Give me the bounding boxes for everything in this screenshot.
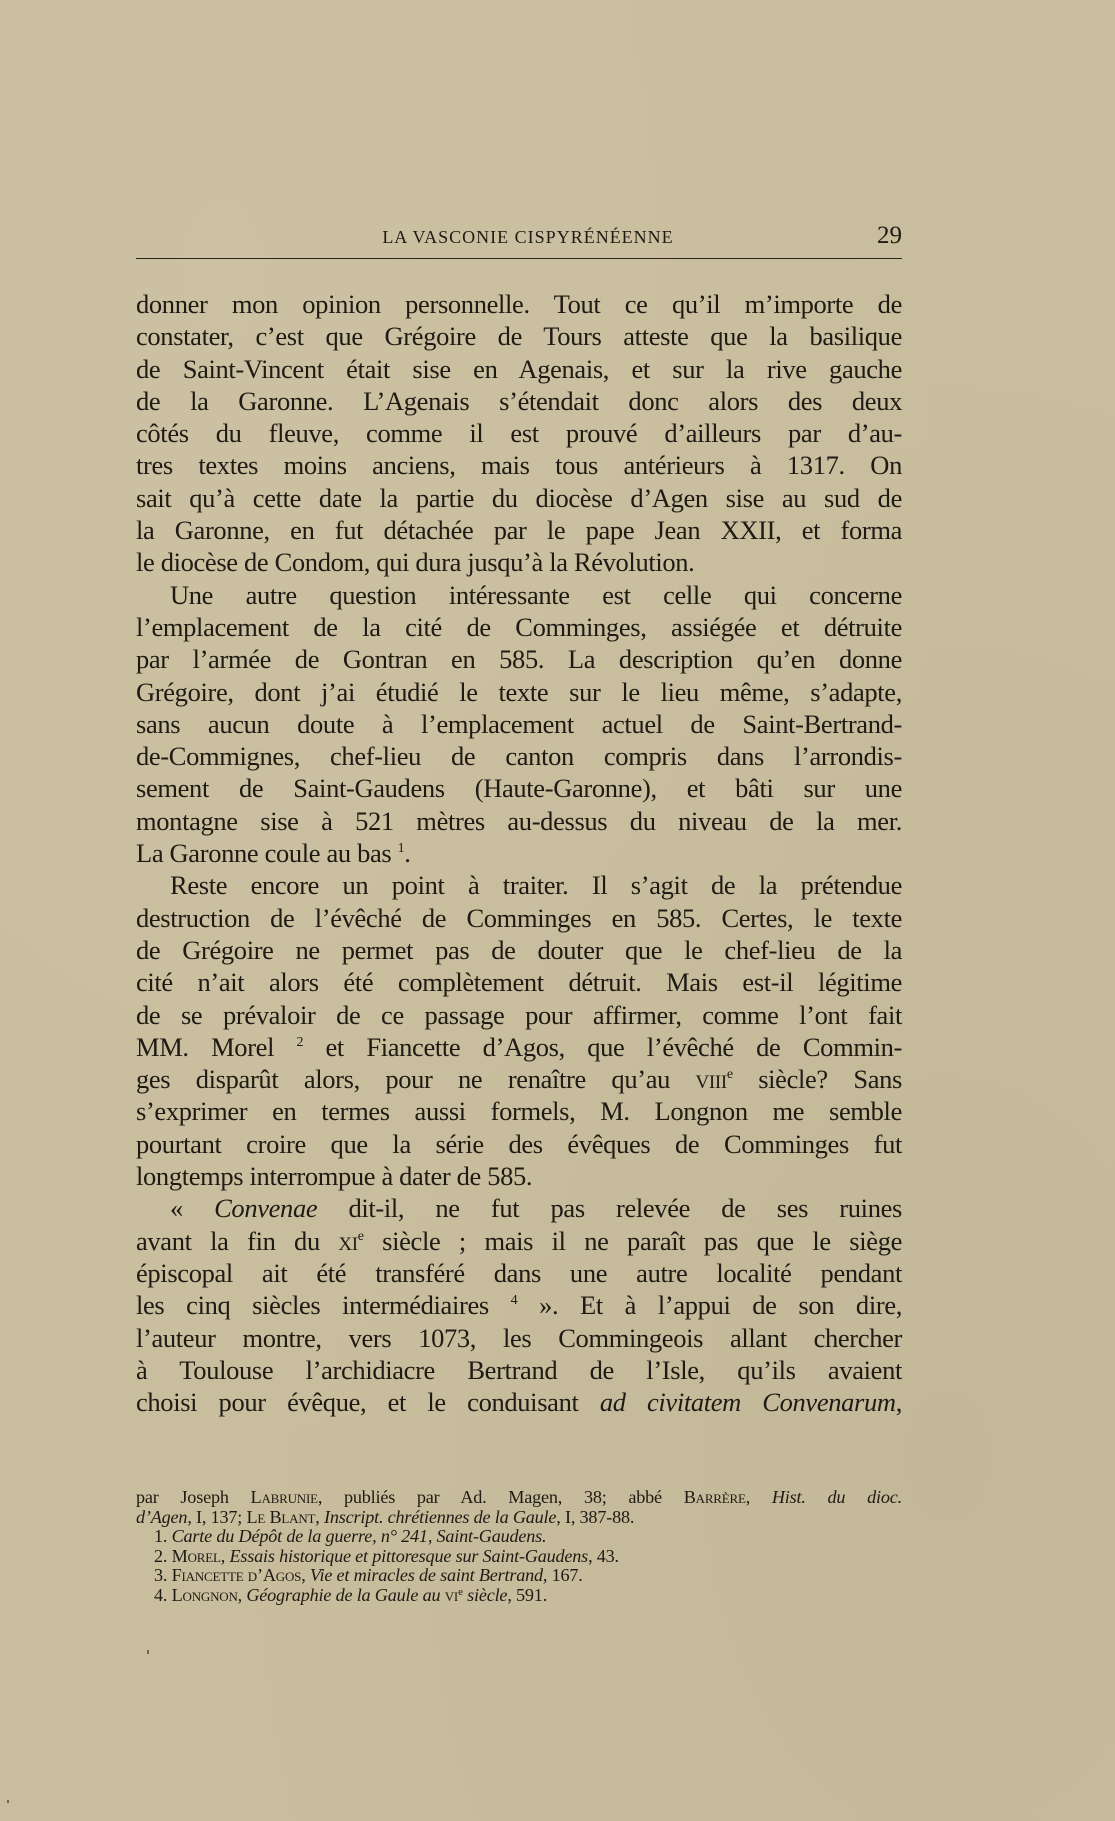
footnote-1: 1. Carte du Dépôt de la guerre, n° 241, … (136, 1527, 902, 1547)
footnote-3: 3. Fiancette d’Agos, Vie et miracles de … (136, 1566, 902, 1586)
text-line: sement de Saint-Gaudens (Haute-Garonne),… (136, 772, 902, 804)
paper-speck (147, 1650, 149, 1654)
text-line: les cinq siècles intermédiaires 4 ». Et … (136, 1289, 902, 1321)
text-line: MM. Morel 2 et Fiancette d’Agos, que l’é… (136, 1031, 902, 1063)
text-line: l’emplacement de la cité de Comminges, a… (136, 611, 902, 643)
running-head: LA VASCONIE CISPYRÉNÉENNE 29 (136, 222, 902, 254)
text-line: ges disparût alors, pour ne renaître qu’… (136, 1063, 902, 1095)
paper-speck (7, 1800, 9, 1803)
text-line: longtemps interrompue à dater de 585. (136, 1160, 902, 1192)
text-line: constater, c’est que Grégoire de Tours a… (136, 320, 902, 352)
text-line: de Grégoire ne permet pas de douter que … (136, 934, 902, 966)
text-line: avant la fin du xie siècle ; mais il ne … (136, 1225, 902, 1257)
text-line: s’exprimer en termes aussi formels, M. L… (136, 1095, 902, 1127)
footnotes: par Joseph Labrunie, publiés par Ad. Mag… (136, 1488, 902, 1605)
text-line: épiscopal ait été transféré dans une aut… (136, 1257, 902, 1289)
text-line: cité n’ait alors été complètement détrui… (136, 966, 902, 998)
footnote-continuation: d’Agen, I, 137; Le Blant, Inscript. chré… (136, 1508, 902, 1528)
text-line: tres textes moins anciens, mais tous ant… (136, 449, 902, 481)
text-line: pourtant croire que la série des évêques… (136, 1128, 902, 1160)
book-page: LA VASCONIE CISPYRÉNÉENNE 29 donner mon … (136, 222, 902, 254)
footnote-4: 4. Longnon, Géographie de la Gaule au vi… (136, 1586, 902, 1606)
text-line: de Saint-Vincent était sise en Agenais, … (136, 353, 902, 385)
quotation-start-line: « Convenae dit-il, ne fut pas relevée de… (136, 1192, 902, 1224)
text-line: La Garonne coule au bas 1. (136, 837, 902, 869)
paragraph-start-line: Reste encore un point à traiter. Il s’ag… (136, 869, 902, 901)
text-line: la Garonne, en fut détachée par le pape … (136, 514, 902, 546)
paragraph-start-line: Une autre question intéressante est cell… (136, 579, 902, 611)
text-line: par l’armée de Gontran en 585. La descri… (136, 643, 902, 675)
text-line: choisi pour évêque, et le conduisant ad … (136, 1386, 902, 1418)
text-line: de-Commignes, chef-lieu de canton compri… (136, 740, 902, 772)
body-text: donner mon opinion personnelle. Tout ce … (136, 288, 902, 1418)
text-line: de se prévaloir de ce passage pour affir… (136, 999, 902, 1031)
text-line: l’auteur montre, vers 1073, les Comminge… (136, 1322, 902, 1354)
header-rule (136, 258, 902, 259)
text-line: à Toulouse l’archidiacre Bertrand de l’I… (136, 1354, 902, 1386)
text-line: destruction de l’évêché de Comminges en … (136, 902, 902, 934)
text-line: sait qu’à cette date la partie du diocès… (136, 482, 902, 514)
page-number: 29 (877, 222, 902, 250)
text-line: montagne sise à 521 mètres au-dessus du … (136, 805, 902, 837)
text-line: donner mon opinion personnelle. Tout ce … (136, 288, 902, 320)
text-line: côtés du fleuve, comme il est prouvé d’a… (136, 417, 902, 449)
text-line: Grégoire, dont j’ai étudié le texte sur … (136, 676, 902, 708)
footnote-2: 2. Morel, Essais historique et pittoresq… (136, 1547, 902, 1567)
running-title: LA VASCONIE CISPYRÉNÉENNE (136, 227, 902, 248)
text-line: de la Garonne. L’Agenais s’étendait donc… (136, 385, 902, 417)
footnote-continuation: par Joseph Labrunie, publiés par Ad. Mag… (136, 1488, 902, 1508)
text-line: le diocèse de Condom, qui dura jusqu’à l… (136, 546, 902, 578)
text-line: sans aucun doute à l’emplacement actuel … (136, 708, 902, 740)
